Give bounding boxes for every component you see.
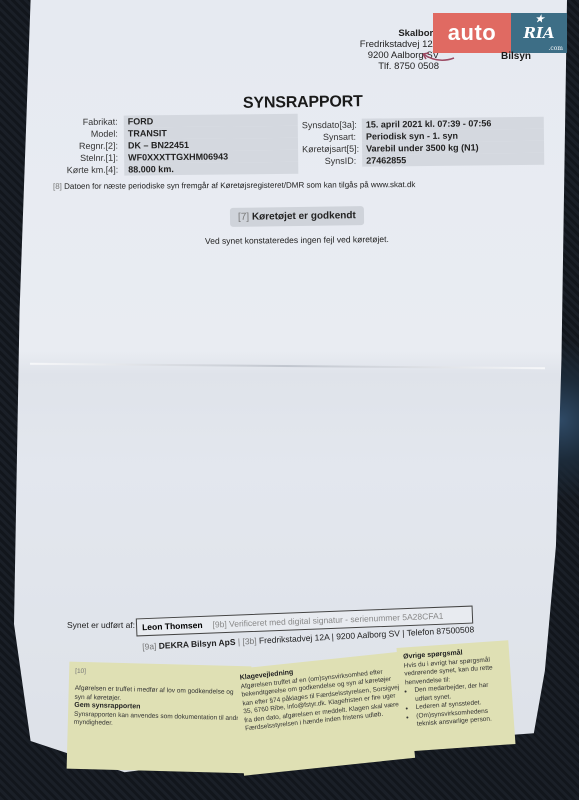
company-ref-b: | [3b] [238,636,257,647]
field-label: Regnr.[2]: [62,140,124,153]
field-label: Stelnr.[1]: [62,152,124,165]
next-inspection-note: [8] Datoen for næste periodiske syn frem… [53,180,415,191]
result-detail: Ved synet konstateredes ingen fejl ved k… [205,234,389,246]
result-text: Køretøjet er godkendt [252,210,356,222]
inspection-row-id: SynsID:27462855 [302,153,544,168]
logo-auto: auto [433,13,511,53]
vehicle-row-km: Kørte km.[4]:88.000 km. [62,162,298,176]
report-title: SYNSRAPPORT [243,93,363,113]
logo-domain: .com [548,45,563,52]
note-ref: [8] [53,182,62,191]
field-value: 88.000 km. [124,162,298,176]
autoria-watermark-logo: auto ★ RIA .com [433,13,567,53]
vehicle-info: Fabrikat:FORD Model:TRANSIT Regnr.[2]:DK… [62,114,299,176]
station-name: Skalborg [360,28,439,39]
signature-label: Synet er udført af: [67,620,135,630]
logo-ria: ★ RIA .com [511,13,567,53]
field-label: Køretøjsart[5]: [302,143,362,156]
field-label: Kørte km.[4]: [62,164,124,177]
inspector-name: Leon Thomsen [142,620,203,632]
dekra-bilsyn-label: Bilsyn [501,51,531,62]
info-box-complaints: Klagevejledning Afgørelsen truffet af en… [233,651,415,775]
box-ref: [10] [75,668,245,681]
field-label: Synsdato[3a]: [302,119,362,132]
info-box-questions: Øvrige spørgsmål Hvis du i øvrigt har sp… [397,640,516,752]
logo-ria-text: RIA [523,24,554,42]
field-label: Fabrikat: [62,116,124,129]
result-ref: [7] [238,212,249,223]
note-text: Datoen for næste periodiske syn fremgår … [64,180,415,191]
contact-list: Den medarbejder, der har udført synet. L… [405,681,508,730]
box-body: Synsrapporten kan anvendes som dokumenta… [74,710,244,731]
company-ref-a: [9a] [142,641,157,652]
field-value: 27462855 [362,153,544,167]
info-box-legal: [10] Afgørelsen er truffet i medfør af l… [67,662,252,774]
field-label: Synsart: [302,131,362,144]
approval-status-badge: [7] Køretøjet er godkendt [230,206,364,227]
star-icon: ★ [535,14,544,25]
inspection-info: Synsdato[3a]:15. april 2021 kl. 07:39 - … [302,117,544,168]
field-label: SynsID: [302,155,362,168]
field-label: Model: [62,128,124,141]
